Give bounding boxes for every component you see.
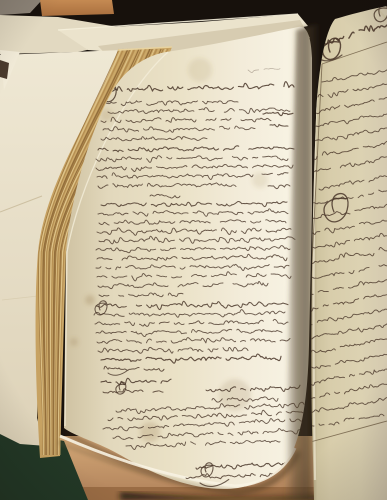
manuscript-photo bbox=[0, 0, 387, 500]
manuscript-scene bbox=[0, 0, 387, 500]
vignette bbox=[0, 0, 387, 500]
